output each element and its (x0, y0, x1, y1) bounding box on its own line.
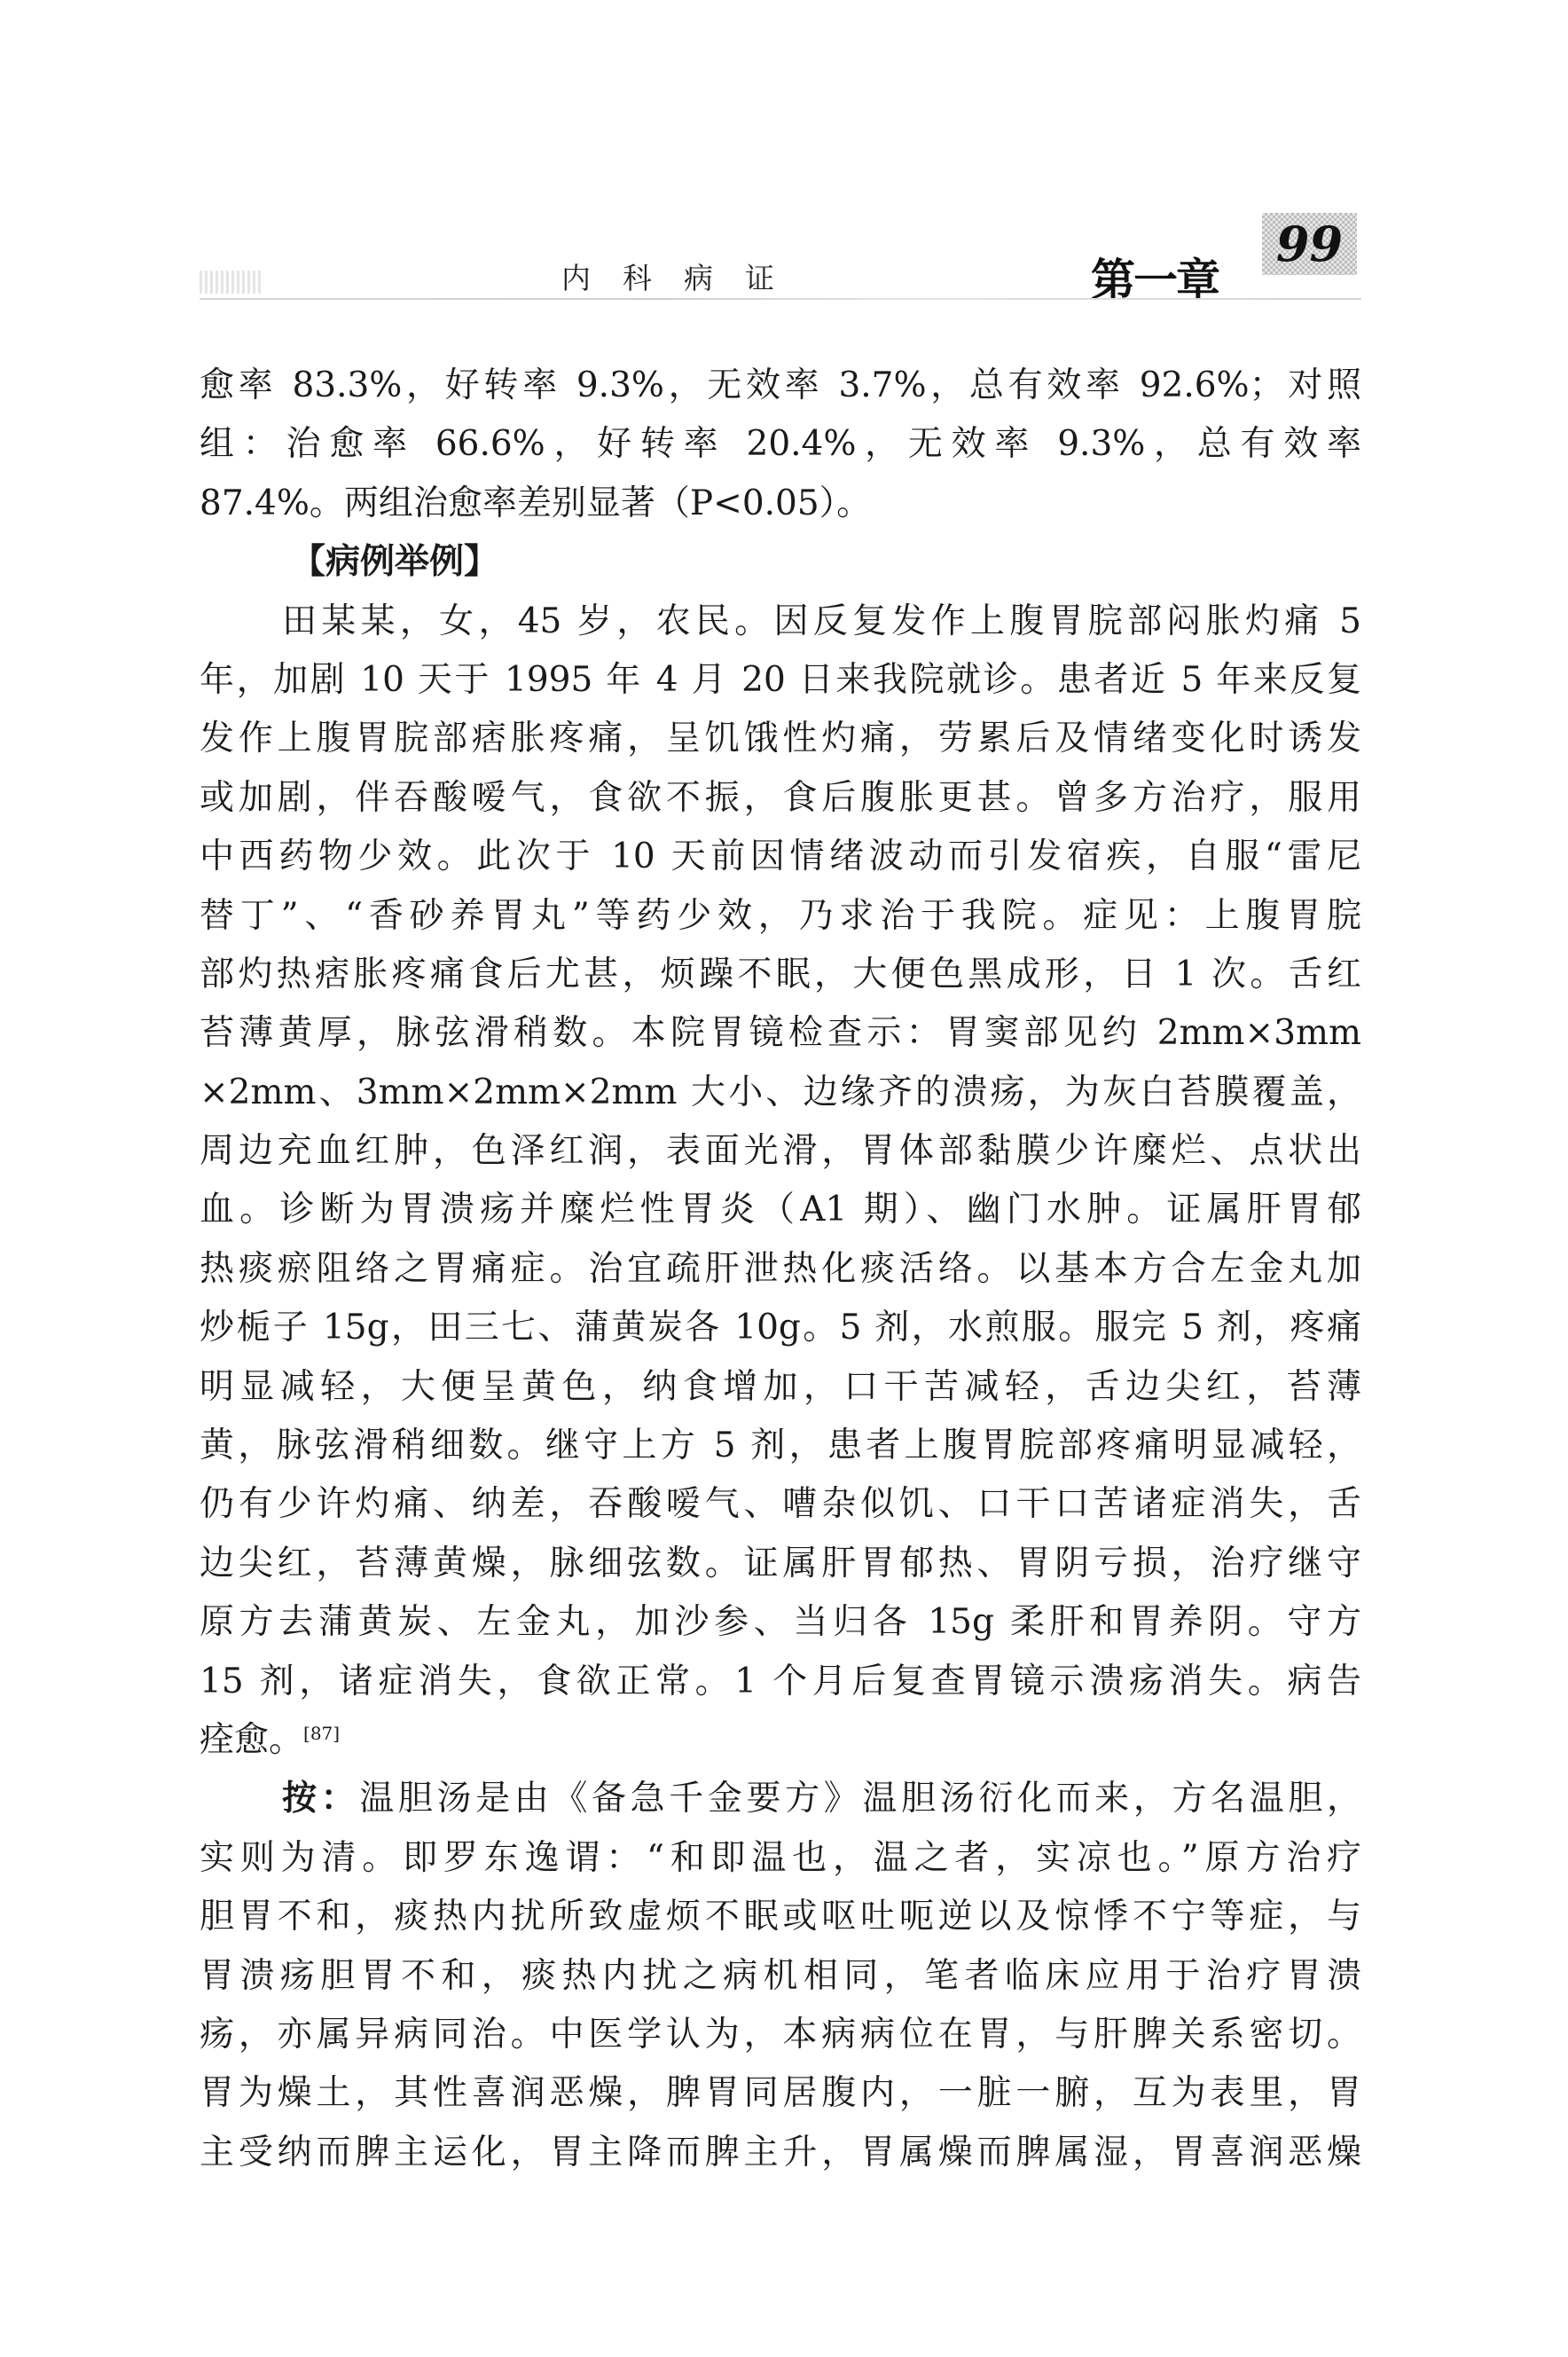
text-line: 主受纳而脾主运化，胃主降而脾主升，胃属燥而脾属湿，胃喜润恶燥 (200, 2131, 1361, 2189)
text-line: 明显减轻，大便呈黄色，纳食增加，口干苦减轻，舌边尖红，苔薄 (200, 1365, 1361, 1424)
text-line: 年，加剧 10 天于 1995 年 4 月 20 日来我院就诊。患者近 5 年来… (200, 658, 1361, 717)
text-line: 原方去蒲黄炭、左金丸，加沙参、当归各 15g 柔肝和胃养阴。守方 (200, 1600, 1361, 1659)
text-line: 替丁”、“香砂养胃丸”等药少效，乃求治于我院。症见：上腹胃脘 (200, 894, 1361, 953)
text-line: 胃溃疡胆胃不和，痰热内扰之病机相同，笔者临床应用于治疗胃溃 (200, 1954, 1361, 2013)
text-line: 或加剧，伴吞酸嗳气，食欲不振，食后腹胀更甚。曾多方治疗，服用 (200, 776, 1361, 835)
page-number: 99 (1262, 213, 1357, 275)
body-text: 愈率 83.3%，好转率 9.3%，无效率 3.7%，总有效率 92.6%；对照… (200, 364, 1361, 2189)
text-line: 胆胃不和，痰热内扰所致虚烦不眠或呕吐呃逆以及惊悸不宁等症，与 (200, 1895, 1361, 1953)
header-rule (200, 298, 1361, 300)
text-line: 发作上腹胃脘部痞胀疼痛，呈饥饿性灼痛，劳累后及情绪变化时诱发 (200, 717, 1361, 775)
text-line: 仍有少许灼痛、纳差，吞酸嗳气、嘈杂似饥、口干口苦诸症消失，舌 (200, 1482, 1361, 1541)
text-line: 愈率 83.3%，好转率 9.3%，无效率 3.7%，总有效率 92.6%；对照 (200, 364, 1361, 422)
text-line: 热痰瘀阻络之胃痛症。治宜疏肝泄热化痰活络。以基本方合左金丸加 (200, 1247, 1361, 1306)
note-lead: 按： (282, 1779, 359, 1819)
text-line: 87.4%。两组治愈率差别显著（P<0.05）。 (200, 482, 1361, 540)
text-line: 周边充血红肿，色泽红润，表面光滑，胃体部黏膜少许糜烂、点状出 (200, 1129, 1361, 1188)
text-line: 血。诊断为胃溃疡并糜烂性胃炎（A1 期）、幽门水肿。证属肝胃郁 (200, 1188, 1361, 1246)
text-line: 边尖红，苔薄黄燥，脉细弦数。证属肝胃郁热、胃阴亏损，治疗继守 (200, 1542, 1361, 1600)
text-line: 田某某，女，45 岁，农民。因反复发作上腹胃脘部闷胀灼痛 5 (200, 600, 1361, 658)
page-number-box: 99 (1262, 213, 1357, 275)
text-line-content: 温胆汤是由《备急千金要方》温胆汤衍化而来，方名温胆， (359, 1779, 1361, 1819)
text-line: 部灼热痞胀疼痛食后尤甚，烦躁不眠，大便色黑成形，日 1 次。舌红 (200, 953, 1361, 1011)
text-line: 炒栀子 15g，田三七、蒲黄炭各 10g。5 剂，水煎服。服完 5 剂，疼痛 (200, 1306, 1361, 1364)
text-line: 实则为清。即罗东逸谓：“和即温也，温之者，实凉也。”原方治疗 (200, 1836, 1361, 1895)
text-line: ×2mm、3mm×2mm×2mm 大小、边缘齐的溃疡，为灰白苔膜覆盖， (200, 1071, 1361, 1129)
running-title: 内科病证 (561, 255, 806, 297)
text-line: 中西药物少效。此次于 10 天前因情绪波动而引发宿疾，自服“雷尼 (200, 835, 1361, 893)
text-line: 痊愈。[87] (200, 1718, 1361, 1777)
citation-ref: [87] (303, 1723, 340, 1744)
text-line: 胃为燥土，其性喜润恶燥，脾胃同居腹内，一脏一腑，互为表里，胃 (200, 2071, 1361, 2130)
text-line: 苔薄黄厚，脉弦滑稍数。本院胃镜检查示：胃窦部见约 2mm×3mm (200, 1011, 1361, 1070)
text-line: 疡，亦属异病同治。中医学认为，本病病位在胃，与肝脾关系密切。 (200, 2013, 1361, 2071)
scan-artifact-mark (200, 271, 262, 294)
section-heading-case-example: 【病例举例】 (200, 540, 1361, 599)
text-line: 组：治愈率 66.6%，好转率 20.4%，无效率 9.3%，总有效率 (200, 422, 1361, 481)
text-line: 黄，脉弦滑稍细数。继守上方 5 剂，患者上腹胃脘部疼痛明显减轻， (200, 1424, 1361, 1482)
page-header: 内科病证 第一章 99 (0, 0, 1568, 319)
text-line: 按：温胆汤是由《备急千金要方》温胆汤衍化而来，方名温胆， (200, 1777, 1361, 1835)
text-line-content: 痊愈。 (200, 1720, 303, 1760)
text-line: 15 剂，诸症消失，食欲正常。1 个月后复查胃镜示溃疡消失。病告 (200, 1660, 1361, 1718)
